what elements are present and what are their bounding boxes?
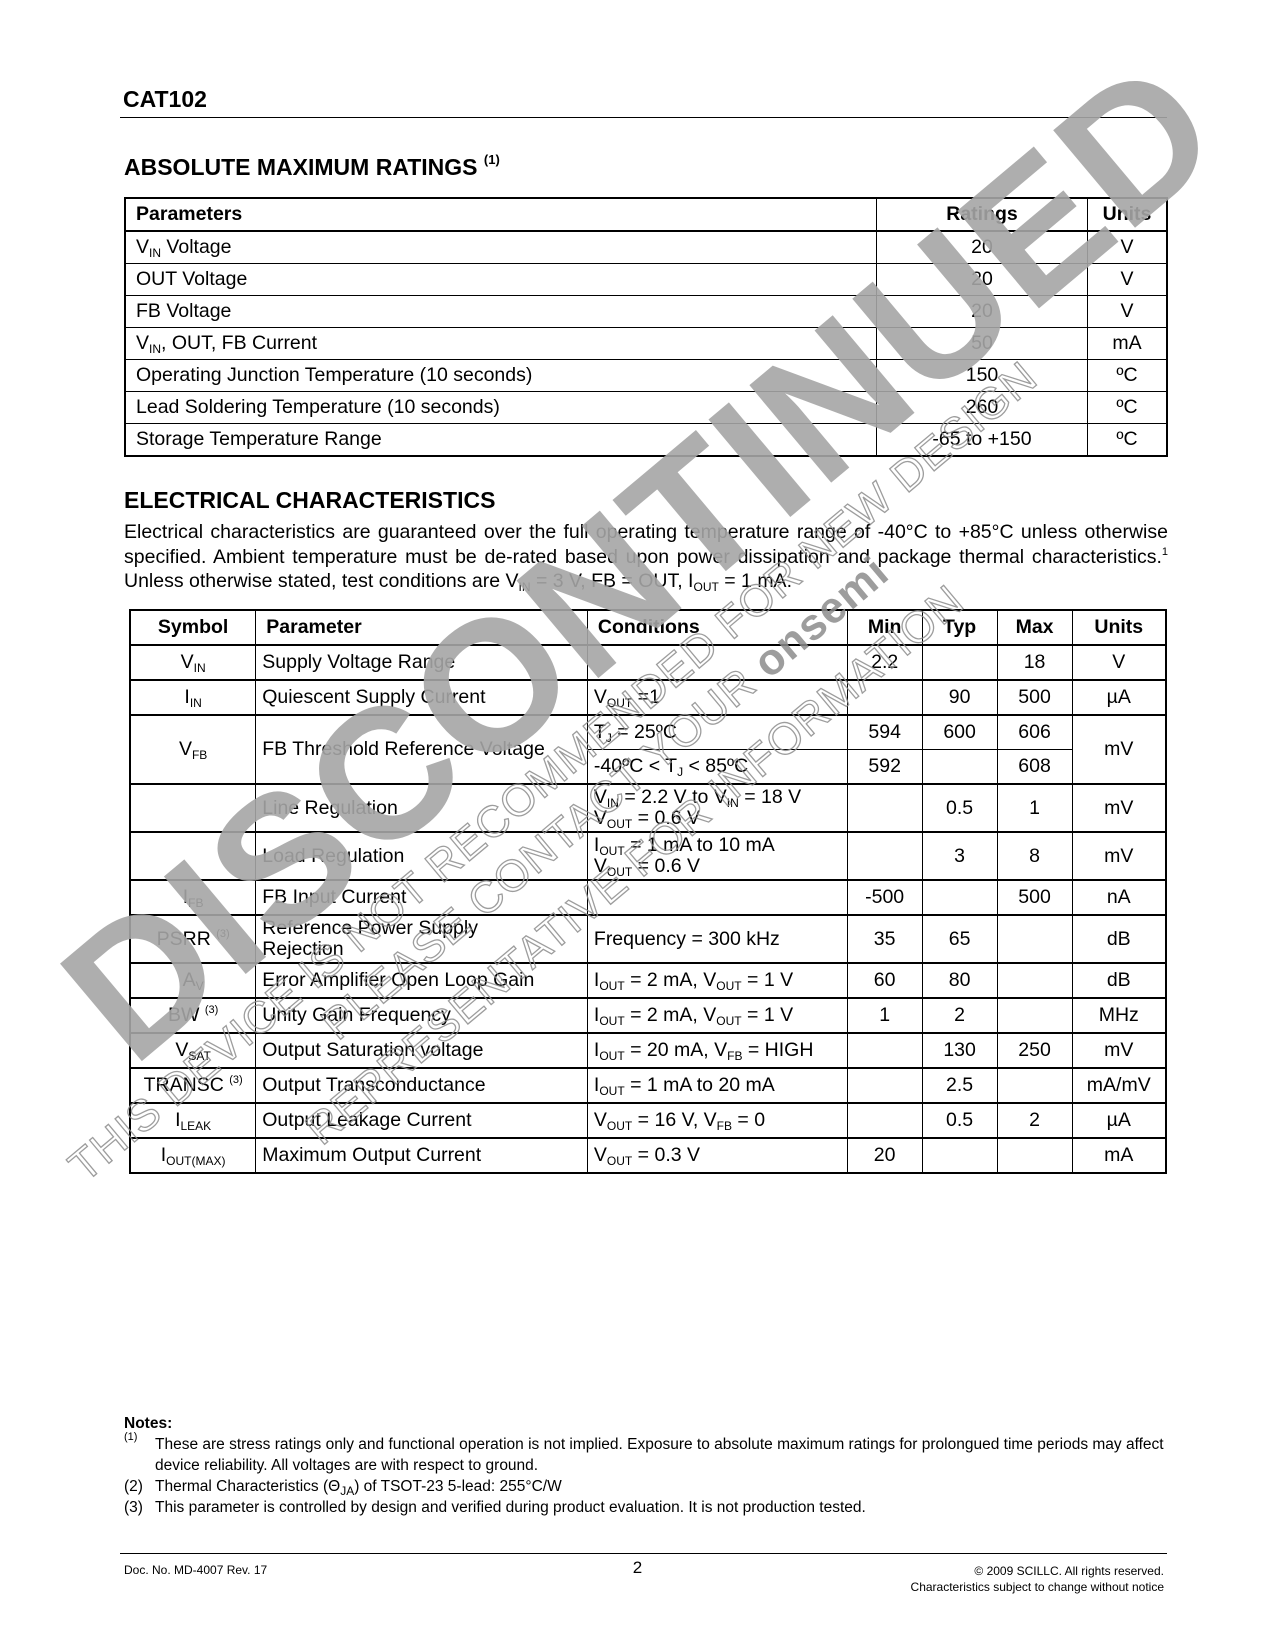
subscript: JA — [340, 1484, 354, 1498]
symbol-cell: IOUT(MAX) — [130, 1138, 256, 1173]
symbol-sub: IN — [190, 696, 202, 710]
parameter-cell: Quiescent Supply Current — [256, 680, 588, 715]
intro-text: Unless otherwise stated, test conditions… — [124, 570, 519, 592]
parameter-cell: FB Threshold Reference Voltage — [256, 715, 588, 784]
parameter-cell: Error Amplifier Open Loop Gain — [256, 963, 588, 998]
col-parameters: Parameters — [125, 198, 877, 231]
cond-text: =1 — [632, 686, 660, 708]
conditions-cell: VOUT = 0.3 V — [587, 1138, 847, 1173]
col-units: Units — [1072, 610, 1166, 645]
cond-text: V — [594, 807, 607, 829]
note-ref: (3) — [205, 1004, 218, 1016]
rating-cell: 20 — [877, 296, 1088, 328]
parameter-cell: Reference Power SupplyRejection — [256, 915, 588, 963]
cond-text: = 18 V — [739, 786, 801, 808]
units-cell: nA — [1072, 880, 1166, 915]
symbol-sub: SAT — [188, 1049, 210, 1063]
max-cell — [997, 1068, 1072, 1103]
typ-cell: 2 — [922, 998, 997, 1033]
units-cell: µA — [1072, 680, 1166, 715]
units-cell: dB — [1072, 915, 1166, 963]
intro-text: Electrical characteristics are guarantee… — [124, 521, 1168, 568]
param-text: Operating Junction Temperature (10 secon… — [136, 364, 532, 386]
param-line: Reference Power Supply — [262, 917, 478, 939]
min-cell: 35 — [847, 915, 922, 963]
min-cell: 592 — [847, 750, 922, 785]
max-cell — [997, 915, 1072, 963]
cond-text: -40ºC < T — [594, 755, 677, 777]
intro-text: = 3 V, FB = OUT, I — [531, 570, 694, 592]
notes-section: Notes: (1) These are stress ratings only… — [124, 1413, 1168, 1518]
table-row-load-regulation: Load Regulation IOUT = 1 mA to 10 mAVOUT… — [130, 832, 1166, 880]
table-row-vin: VIN Supply Voltage Range 2.2 18 V — [130, 645, 1166, 680]
param-text: V — [136, 236, 149, 258]
col-symbol: Symbol — [130, 610, 256, 645]
cond-sub: OUT — [599, 979, 624, 993]
units-cell: ºC — [1088, 424, 1168, 457]
note-ref: (1) — [484, 152, 500, 167]
cond-text: = 0 — [732, 1109, 765, 1131]
typ-cell — [922, 1138, 997, 1173]
min-cell: 2.2 — [847, 645, 922, 680]
cond-sub: OUT — [599, 1014, 624, 1028]
table-row: Storage Temperature Range-65 to +150ºC — [125, 424, 1167, 457]
cond-text: = 0.6 V — [632, 855, 700, 877]
min-cell — [847, 1068, 922, 1103]
table-row-bw: BW (3) Unity Gain Frequency IOUT = 2 mA,… — [130, 998, 1166, 1033]
min-cell: 1 — [847, 998, 922, 1033]
parameter-cell: Lead Soldering Temperature (10 seconds) — [125, 392, 877, 424]
symbol-cell: VFB — [130, 715, 256, 784]
typ-cell: 600 — [922, 715, 997, 750]
col-typ: Typ — [922, 610, 997, 645]
cond-text: V — [594, 786, 607, 808]
conditions-cell: VOUT =1 — [587, 680, 847, 715]
cond-text: T — [594, 721, 606, 743]
max-cell — [997, 998, 1072, 1033]
table-row-av: AV Error Amplifier Open Loop Gain IOUT =… — [130, 963, 1166, 998]
table-row-vsat: VSAT Output Saturation voltage IOUT = 20… — [130, 1033, 1166, 1068]
units-cell: µA — [1072, 1103, 1166, 1138]
symbol: A — [183, 969, 196, 991]
cond-text: = 16 V, V — [632, 1109, 716, 1131]
electrical-characteristics-heading: ELECTRICAL CHARACTERISTICS — [124, 487, 495, 514]
note-text-part: ) of TSOT-23 5-lead: 255°C/W — [354, 1478, 562, 1495]
subscript: IN — [519, 580, 531, 594]
units-cell: MHz — [1072, 998, 1166, 1033]
note-3: (3) This parameter is controlled by desi… — [124, 1497, 1168, 1518]
rating-cell: 150 — [877, 360, 1088, 392]
table-header-row: Symbol Parameter Conditions Min Typ Max … — [130, 610, 1166, 645]
cond-sub: OUT — [599, 1049, 624, 1063]
units-cell: V — [1088, 296, 1168, 328]
min-cell — [847, 680, 922, 715]
document-title: CAT102 — [123, 86, 207, 113]
subscript: OUT — [693, 580, 718, 594]
typ-cell: 0.5 — [922, 784, 997, 832]
cond-sub: FB — [727, 1049, 742, 1063]
min-cell: -500 — [847, 880, 922, 915]
units-cell: mV — [1072, 715, 1166, 784]
note-text: These are stress ratings only and functi… — [155, 1434, 1168, 1476]
cond-sub: OUT — [607, 817, 632, 831]
absolute-max-ratings-table: Parameters Ratings Units VIN Voltage20VO… — [124, 197, 1168, 457]
symbol-sub: LEAK — [181, 1119, 212, 1133]
max-cell: 18 — [997, 645, 1072, 680]
typ-cell — [922, 880, 997, 915]
cond-sub: IN — [607, 796, 619, 810]
conditions-cell: IOUT = 20 mA, VFB = HIGH — [587, 1033, 847, 1068]
electrical-characteristics-table: Symbol Parameter Conditions Min Typ Max … — [129, 609, 1167, 1174]
conditions-cell: -40ºC < TJ < 85ºC — [587, 750, 847, 785]
table-row: OUT Voltage20V — [125, 264, 1167, 296]
parameter-cell: VIN, OUT, FB Current — [125, 328, 877, 360]
rating-cell: 20 — [877, 231, 1088, 264]
conditions-cell: VOUT = 16 V, VFB = 0 — [587, 1103, 847, 1138]
symbol-sub: IN — [194, 661, 206, 675]
cond-sub: OUT — [716, 979, 741, 993]
table-row-line-regulation: Line Regulation VIN = 2.2 V to VIN = 18 … — [130, 784, 1166, 832]
table-header-row: Parameters Ratings Units — [125, 198, 1167, 231]
units-cell: mV — [1072, 832, 1166, 880]
table-row-psrr: PSRR (3) Reference Power SupplyRejection… — [130, 915, 1166, 963]
symbol-cell: VIN — [130, 645, 256, 680]
units-cell: mA — [1088, 328, 1168, 360]
units-cell: mA — [1072, 1138, 1166, 1173]
table-row-iin: IIN Quiescent Supply Current VOUT =1 90 … — [130, 680, 1166, 715]
symbol-sub: V — [196, 979, 204, 993]
min-cell — [847, 1033, 922, 1068]
footer-right: © 2009 SCILLC. All rights reserved. Char… — [911, 1563, 1164, 1595]
rating-cell: 260 — [877, 392, 1088, 424]
symbol: BW — [168, 1004, 199, 1026]
symbol: V — [181, 651, 194, 673]
max-cell: 606 — [997, 715, 1072, 750]
cond-text: V — [594, 1109, 607, 1131]
cond-text: = 1 V — [742, 1004, 794, 1026]
conditions-cell: IOUT = 2 mA, VOUT = 1 V — [587, 963, 847, 998]
min-cell: 20 — [847, 1138, 922, 1173]
rating-cell: 20 — [877, 264, 1088, 296]
footer-divider — [120, 1553, 1167, 1554]
symbol-cell: IIN — [130, 680, 256, 715]
cond-text: = 20 mA, V — [625, 1039, 727, 1061]
max-cell: 608 — [997, 750, 1072, 785]
units-cell: ºC — [1088, 360, 1168, 392]
min-cell — [847, 784, 922, 832]
cond-text: = 2 mA, V — [625, 1004, 717, 1026]
cond-text: = 2.2 V to V — [619, 786, 727, 808]
copyright: © 2009 SCILLC. All rights reserved. — [911, 1563, 1164, 1579]
intro-text: = 1 mA. — [719, 570, 792, 592]
parameter-cell: Maximum Output Current — [256, 1138, 588, 1173]
units-cell: mA/mV — [1072, 1068, 1166, 1103]
conditions-cell: IOUT = 1 mA to 10 mAVOUT = 0.6 V — [587, 832, 847, 880]
cond-text: V — [594, 686, 607, 708]
col-parameter: Parameter — [256, 610, 588, 645]
table-row: VIN, OUT, FB Current50mA — [125, 328, 1167, 360]
footnote-ref: 1 — [1162, 546, 1168, 558]
parameter-cell: Unity Gain Frequency — [256, 998, 588, 1033]
typ-cell: 80 — [922, 963, 997, 998]
param-text: Voltage — [161, 236, 231, 258]
conditions-cell: TJ = 25ºC — [587, 715, 847, 750]
max-cell: 1 — [997, 784, 1072, 832]
cond-sub: OUT — [607, 865, 632, 879]
units-cell: mV — [1072, 784, 1166, 832]
units-cell: V — [1088, 264, 1168, 296]
symbol-cell: VSAT — [130, 1033, 256, 1068]
units-cell: V — [1088, 231, 1168, 264]
cond-sub: FB — [717, 1119, 732, 1133]
conditions-cell: IOUT = 2 mA, VOUT = 1 V — [587, 998, 847, 1033]
cond-sub: OUT — [607, 1154, 632, 1168]
symbol-cell: AV — [130, 963, 256, 998]
cond-text: < 85ºC — [683, 755, 748, 777]
max-cell: 500 — [997, 680, 1072, 715]
parameter-cell: FB Input Current — [256, 880, 588, 915]
max-cell — [997, 963, 1072, 998]
col-max: Max — [997, 610, 1072, 645]
param-text: , OUT, FB Current — [161, 332, 317, 354]
cond-sub: IN — [727, 796, 739, 810]
col-ratings: Ratings — [877, 198, 1088, 231]
max-cell: 2 — [997, 1103, 1072, 1138]
parameter-cell: Storage Temperature Range — [125, 424, 877, 457]
col-conditions: Conditions — [587, 610, 847, 645]
max-cell: 8 — [997, 832, 1072, 880]
min-cell: 594 — [847, 715, 922, 750]
cond-sub: OUT — [599, 1084, 624, 1098]
symbol: PSRR — [157, 928, 211, 950]
units-cell: V — [1072, 645, 1166, 680]
typ-cell: 0.5 — [922, 1103, 997, 1138]
param-text: V — [136, 332, 149, 354]
note-text: This parameter is controlled by design a… — [155, 1497, 866, 1518]
parameter-cell: VIN Voltage — [125, 231, 877, 264]
typ-cell — [922, 645, 997, 680]
table-row-vfb: VFB FB Threshold Reference Voltage TJ = … — [130, 715, 1166, 750]
symbol-cell: PSRR (3) — [130, 915, 256, 963]
typ-cell: 90 — [922, 680, 997, 715]
typ-cell: 2.5 — [922, 1068, 997, 1103]
note-text: Thermal Characteristics (ΘJA) of TSOT-23… — [155, 1476, 562, 1497]
parameter-cell: Load Regulation — [256, 832, 588, 880]
header-divider — [120, 117, 1167, 118]
symbol-sub: FB — [188, 896, 203, 910]
param-text: FB Voltage — [136, 300, 231, 322]
table-row-iout-max: IOUT(MAX) Maximum Output Current VOUT = … — [130, 1138, 1166, 1173]
parameter-cell: Line Regulation — [256, 784, 588, 832]
symbol-sub: FB — [192, 748, 207, 762]
parameter-cell: Output Transconductance — [256, 1068, 588, 1103]
param-text: Lead Soldering Temperature (10 seconds) — [136, 396, 500, 418]
heading-text: ABSOLUTE MAXIMUM RATINGS — [124, 154, 478, 180]
notes-heading: Notes: — [124, 1413, 1168, 1434]
max-cell: 500 — [997, 880, 1072, 915]
parameter-cell: Output Leakage Current — [256, 1103, 588, 1138]
param-text: OUT Voltage — [136, 268, 247, 290]
parameter-cell: OUT Voltage — [125, 264, 877, 296]
conditions-cell: Frequency = 300 kHz — [587, 915, 847, 963]
table-row: Operating Junction Temperature (10 secon… — [125, 360, 1167, 392]
symbol: TRANSC — [144, 1074, 224, 1096]
symbol-cell — [130, 784, 256, 832]
note-2: (2) Thermal Characteristics (ΘJA) of TSO… — [124, 1476, 1168, 1497]
typ-cell: 3 — [922, 832, 997, 880]
parameter-cell: Supply Voltage Range — [256, 645, 588, 680]
parameter-cell: FB Voltage — [125, 296, 877, 328]
cond-sub: OUT — [716, 1014, 741, 1028]
parameter-cell: Output Saturation voltage — [256, 1033, 588, 1068]
note-ref: (3) — [229, 1074, 242, 1086]
min-cell — [847, 832, 922, 880]
note-text-part: Thermal Characteristics (Θ — [155, 1478, 340, 1495]
cond-text: = 1 mA to 20 mA — [625, 1074, 775, 1096]
cond-text: = 0.6 V — [632, 807, 700, 829]
col-min: Min — [847, 610, 922, 645]
table-row-ifb: IFB FB Input Current -500 500 nA — [130, 880, 1166, 915]
conditions-cell: IOUT = 1 mA to 20 mA — [587, 1068, 847, 1103]
rating-cell: 50 — [877, 328, 1088, 360]
disclaimer: Characteristics subject to change withou… — [911, 1579, 1164, 1595]
max-cell: 250 — [997, 1033, 1072, 1068]
symbol: V — [175, 1039, 188, 1061]
param-line: Rejection — [262, 938, 343, 960]
param-sub: IN — [149, 246, 161, 260]
units-cell: dB — [1072, 963, 1166, 998]
table-row-ileak: ILEAK Output Leakage Current VOUT = 16 V… — [130, 1103, 1166, 1138]
symbol-cell: TRANSC (3) — [130, 1068, 256, 1103]
units-cell: ºC — [1088, 392, 1168, 424]
cond-text: V — [594, 1144, 607, 1166]
table-row: VIN Voltage20V — [125, 231, 1167, 264]
symbol-cell: ILEAK — [130, 1103, 256, 1138]
typ-cell: 130 — [922, 1033, 997, 1068]
table-row-transc: TRANSC (3) Output Transconductance IOUT … — [130, 1068, 1166, 1103]
cond-sub: OUT — [607, 696, 632, 710]
note-1: (1) These are stress ratings only and fu… — [124, 1434, 1168, 1476]
param-sub: IN — [149, 342, 161, 356]
rating-cell: -65 to +150 — [877, 424, 1088, 457]
min-cell: 60 — [847, 963, 922, 998]
cond-text: V — [594, 855, 607, 877]
col-units: Units — [1088, 198, 1168, 231]
cond-sub: OUT — [607, 1119, 632, 1133]
symbol-cell: BW (3) — [130, 998, 256, 1033]
symbol-cell: IFB — [130, 880, 256, 915]
conditions-cell — [587, 880, 847, 915]
absolute-max-ratings-heading: ABSOLUTE MAXIMUM RATINGS (1) — [124, 154, 500, 181]
cond-text: = HIGH — [742, 1039, 813, 1061]
typ-cell — [922, 750, 997, 785]
symbol: V — [179, 738, 192, 760]
cond-text: = 1 mA to 10 mA — [625, 834, 775, 856]
table-row: Lead Soldering Temperature (10 seconds)2… — [125, 392, 1167, 424]
typ-cell: 65 — [922, 915, 997, 963]
symbol-cell — [130, 832, 256, 880]
symbol-sub: OUT(MAX) — [166, 1154, 225, 1168]
min-cell — [847, 1103, 922, 1138]
cond-text: = 0.3 V — [632, 1144, 700, 1166]
datasheet-page: CAT102 ABSOLUTE MAXIMUM RATINGS (1) Para… — [0, 0, 1275, 1650]
units-cell: mV — [1072, 1033, 1166, 1068]
cond-text: = 2 mA, V — [625, 969, 717, 991]
cond-text: = 1 V — [742, 969, 794, 991]
conditions-cell: VIN = 2.2 V to VIN = 18 VVOUT = 0.6 V — [587, 784, 847, 832]
note-number: (1) — [124, 1427, 155, 1469]
parameter-cell: Operating Junction Temperature (10 secon… — [125, 360, 877, 392]
note-number: (3) — [124, 1497, 155, 1518]
note-ref: (3) — [216, 928, 229, 940]
table-row: FB Voltage20V — [125, 296, 1167, 328]
cond-text: = 25ºC — [612, 721, 677, 743]
max-cell — [997, 1138, 1072, 1173]
electrical-characteristics-intro: Electrical characteristics are guarantee… — [124, 520, 1168, 594]
conditions-cell — [587, 645, 847, 680]
note-number: (2) — [124, 1476, 155, 1497]
param-text: Storage Temperature Range — [136, 428, 382, 450]
